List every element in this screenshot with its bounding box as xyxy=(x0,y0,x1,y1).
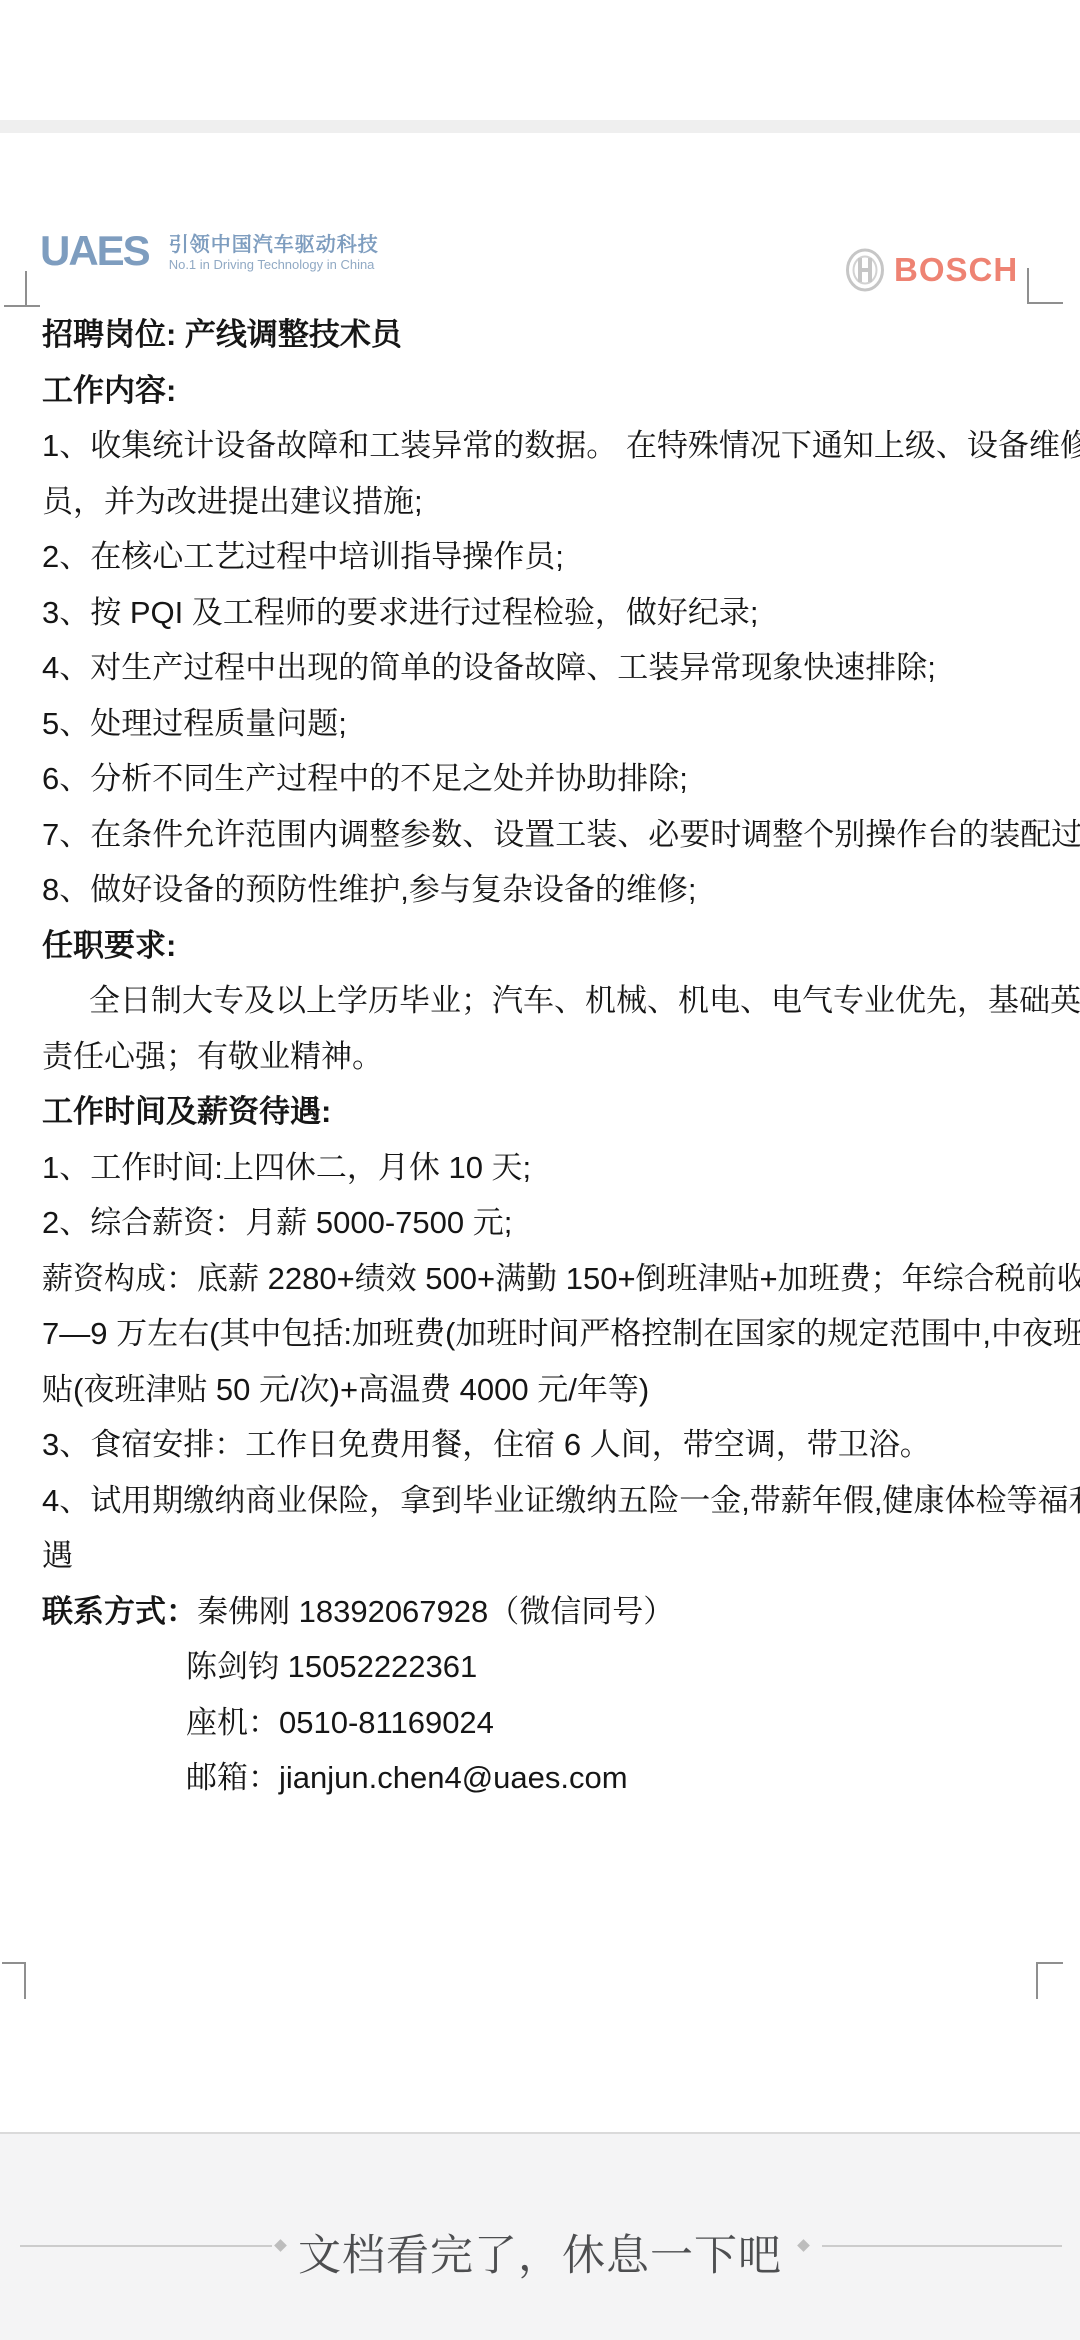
doc-line: 4、对生产过程中出现的简单的设备故障、工装异常现象快速排除; xyxy=(42,640,1038,696)
contact-line: 邮箱：jianjun.chen4@uaes.com xyxy=(42,1750,1038,1806)
bosch-logo-text: BOSCH xyxy=(894,248,1018,292)
contact-line: 联系方式：秦佛刚 18392067928（微信同号） xyxy=(42,1584,1038,1640)
document-body: 招聘岗位: 产线调整技术员 工作内容: 1、收集统计设备故障和工装异常的数据。 … xyxy=(42,307,1038,1806)
uaes-tagline-cn: 引领中国汽车驱动科技 xyxy=(169,234,379,256)
corner-mark-bottom-right xyxy=(1036,1962,1038,1999)
doc-line: 7—9 万左右(其中包括:加班费(加班时间严格控制在国家的规定范围中,中夜班津 xyxy=(42,1306,1038,1362)
doc-line: 4、试用期缴纳商业保险，拿到毕业证缴纳五险一金,带薪年假,健康体检等福利待 xyxy=(42,1473,1038,1529)
contact-line: 座机：0510-81169024 xyxy=(42,1695,1038,1751)
doc-line: 责任心强；有敬业精神。 xyxy=(42,1029,1038,1085)
end-of-document-footer: 文档看完了，休息一下吧 xyxy=(0,2132,1080,2340)
uaes-logo: UAES 引领中国汽车驱动科技 No.1 in Driving Technolo… xyxy=(40,233,379,273)
doc-line: 1、收集统计设备故障和工装异常的数据。 在特殊情况下通知上级、设备维修人 xyxy=(42,418,1038,474)
doc-line: 薪资构成：底薪 2280+绩效 500+满勤 150+倒班津贴+加班费；年综合税… xyxy=(42,1251,1038,1307)
footer-divider-right xyxy=(822,2245,1062,2247)
corner-mark-bottom-left xyxy=(2,1962,26,1964)
corner-mark-bottom-left xyxy=(24,1962,26,1999)
contact-line: 陈剑钧 15052222361 xyxy=(42,1639,1038,1695)
doc-line: 1、工作时间:上四休二，月休 10 天; xyxy=(42,1140,1038,1196)
document-page: UAES 引领中国汽车驱动科技 No.1 in Driving Technolo… xyxy=(0,133,1080,2132)
doc-line: 贴(夜班津贴 50 元/次)+高温费 4000 元/年等) xyxy=(42,1362,1038,1418)
uaes-taglines: 引领中国汽车驱动科技 No.1 in Driving Technology in… xyxy=(169,234,379,273)
corner-mark-top-right xyxy=(1027,302,1063,304)
doc-line: 7、在条件允许范围内调整参数、设置工装、必要时调整个别操作台的装配过程; xyxy=(42,807,1038,863)
document-viewer-screen: UAES 引领中国汽车驱动科技 No.1 in Driving Technolo… xyxy=(0,0,1080,2340)
doc-line: 5、处理过程质量问题; xyxy=(42,696,1038,752)
corner-mark-top-right xyxy=(1027,268,1029,304)
bosch-armature-icon xyxy=(845,248,885,292)
contact-label: 联系方式： xyxy=(42,1594,197,1629)
uaes-logo-text: UAES xyxy=(40,233,149,269)
doc-line: 8、做好设备的预防性维护,参与复杂设备的维修; xyxy=(42,862,1038,918)
section-heading: 工作时间及薪资待遇: xyxy=(42,1084,1038,1140)
section-heading: 工作内容: xyxy=(42,363,1038,419)
corner-mark-top-left xyxy=(4,305,40,307)
doc-line: 2、综合薪资：月薪 5000-7500 元; xyxy=(42,1195,1038,1251)
end-of-document-message: 文档看完了，休息一下吧 xyxy=(0,2222,1080,2283)
doc-line: 员，并为改进提出建议措施; xyxy=(42,474,1038,530)
corner-mark-bottom-right xyxy=(1036,1962,1063,1964)
doc-line: 2、在核心工艺过程中培训指导操作员; xyxy=(42,529,1038,585)
page-gap-strip xyxy=(0,120,1080,133)
contact-value: 秦佛刚 18392067928（微信同号） xyxy=(197,1594,674,1629)
corner-mark-top-left xyxy=(25,271,27,307)
bosch-logo: BOSCH xyxy=(845,248,1018,292)
doc-line: 遇 xyxy=(42,1528,1038,1584)
uaes-tagline-en: No.1 in Driving Technology in China xyxy=(169,257,379,273)
doc-line: 3、食宿安排：工作日免费用餐，住宿 6 人间，带空调，带卫浴。 xyxy=(42,1417,1038,1473)
doc-line: 6、分析不同生产过程中的不足之处并协助排除; xyxy=(42,751,1038,807)
section-heading: 任职要求: xyxy=(42,918,1038,974)
doc-line: 3、按 PQI 及工程师的要求进行过程检验，做好纪录; xyxy=(42,585,1038,641)
job-title-line: 招聘岗位: 产线调整技术员 xyxy=(42,307,1038,363)
doc-line: 全日制大专及以上学历毕业；汽车、机械、机电、电气专业优先，基础英语； xyxy=(42,973,1038,1029)
